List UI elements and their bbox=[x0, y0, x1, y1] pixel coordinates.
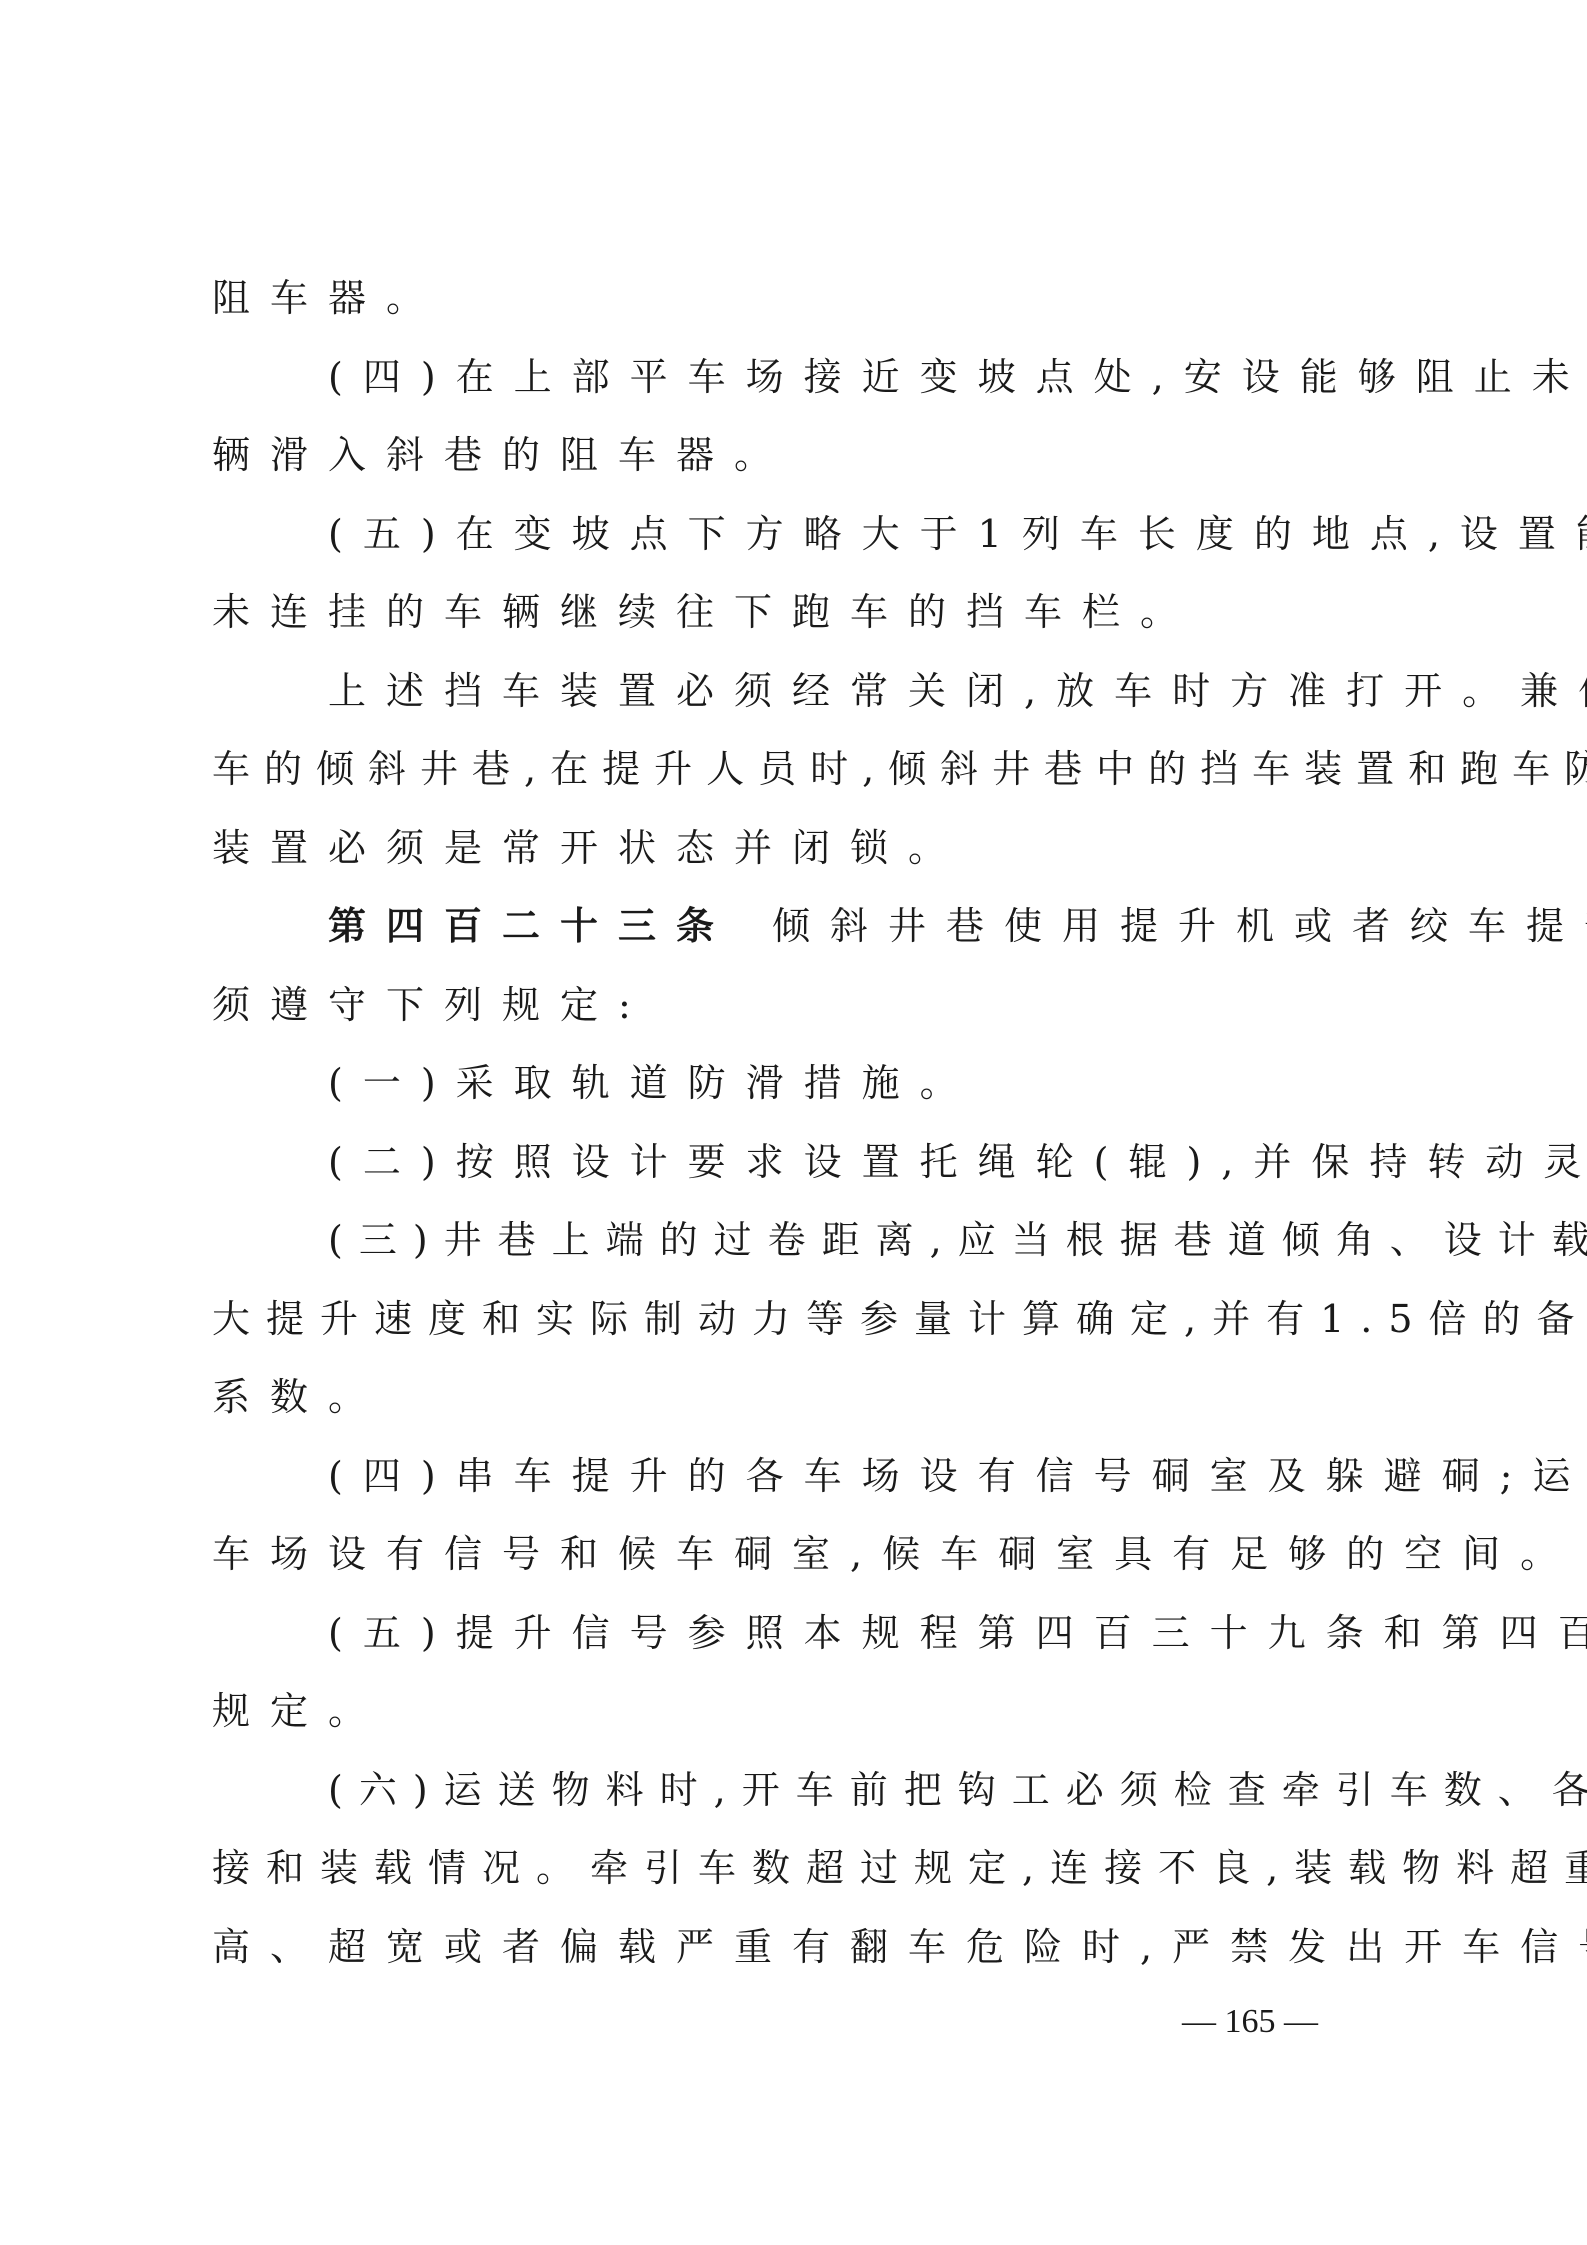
text-line: 车的倾斜井巷,在提升人员时,倾斜井巷中的挡车装置和跑车防护 bbox=[212, 739, 1382, 799]
text-line: (五)提升信号参照本规程第四百三十九条和第四百四十条 bbox=[328, 1603, 1498, 1663]
text-line: 接和装载情况。牵引车数超过规定,连接不良,装载物料超重、超 bbox=[212, 1838, 1382, 1898]
document-page: 阻车器。 (四)在上部平车场接近变坡点处,安设能够阻止未连挂的车 辆滑入斜巷的阻… bbox=[0, 0, 1587, 2245]
page-number: — 165 — bbox=[1150, 2000, 1350, 2044]
text-line: 车场设有信号和候车硐室,候车硐室具有足够的空间。 bbox=[212, 1524, 1382, 1584]
text-line: (六)运送物料时,开车前把钩工必须检查牵引车数、各车的连 bbox=[328, 1760, 1498, 1820]
article-heading: 第四百二十三条 bbox=[328, 904, 734, 948]
article-text: 倾斜井巷使用提升机或者绞车提升时,必 bbox=[772, 904, 1587, 948]
text-line: 大提升速度和实际制动力等参量计算确定,并有1.5倍的备用 bbox=[212, 1289, 1382, 1349]
text-line: 规定。 bbox=[212, 1681, 1382, 1741]
text-line: (四)串车提升的各车场设有信号硐室及躲避硐;运人斜井各 bbox=[328, 1446, 1498, 1506]
text-line: 阻车器。 bbox=[212, 268, 1382, 328]
text-line: 高、超宽或者偏载严重有翻车危险时,严禁发出开车信号。 bbox=[212, 1917, 1382, 1977]
text-line: 装置必须是常开状态并闭锁。 bbox=[212, 818, 1382, 878]
text-line: (二)按照设计要求设置托绳轮(辊),并保持转动灵活。 bbox=[328, 1132, 1498, 1192]
text-line: (三)井巷上端的过卷距离,应当根据巷道倾角、设计载荷、最 bbox=[328, 1210, 1498, 1270]
article-line: 第四百二十三条倾斜井巷使用提升机或者绞车提升时,必 bbox=[328, 896, 1498, 956]
text-line: 辆滑入斜巷的阻车器。 bbox=[212, 425, 1382, 485]
text-line: 须遵守下列规定: bbox=[212, 975, 1382, 1035]
text-line: 未连挂的车辆继续往下跑车的挡车栏。 bbox=[212, 582, 1382, 642]
text-line: 系数。 bbox=[212, 1367, 1382, 1427]
text-line: (一)采取轨道防滑措施。 bbox=[328, 1053, 1498, 1113]
text-line: (四)在上部平车场接近变坡点处,安设能够阻止未连挂的车 bbox=[328, 347, 1498, 407]
text-line: 上述挡车装置必须经常关闭,放车时方准打开。兼作行驶人 bbox=[328, 661, 1498, 721]
text-line: (五)在变坡点下方略大于1列车长度的地点,设置能够防止 bbox=[328, 504, 1498, 564]
